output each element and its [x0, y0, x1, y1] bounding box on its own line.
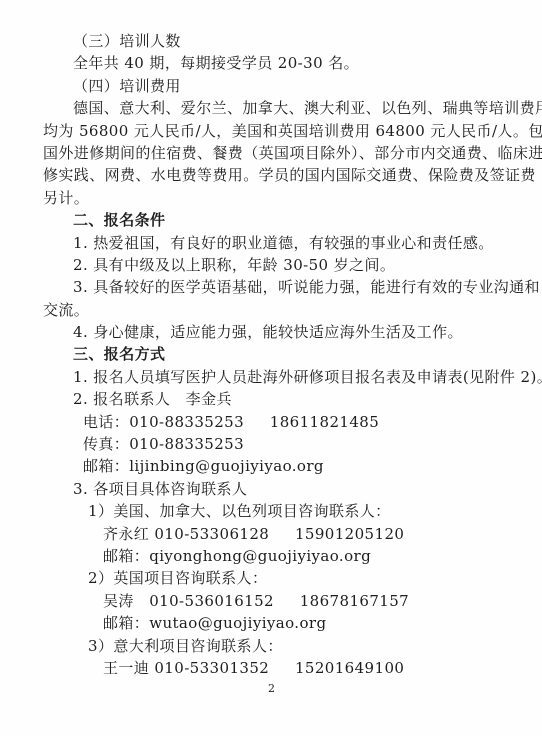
project-contact-2-person: 吴涛 010-536016152 18678167157 [43, 590, 500, 612]
project-contact-1-email: 邮箱：qiyonghong@guojiyiyao.org [43, 545, 500, 567]
project-contact-3-person: 王一迪 010-53301352 15201649100 [43, 657, 500, 679]
registration-contact-phone: 电话：010-88335253 18611821485 [43, 411, 500, 433]
conditions-item-1: 1. 热爱祖国，有良好的职业道德，有较强的事业心和责任感。 [43, 232, 500, 254]
conditions-item-3-line-1: 3. 具备较好的医学英语基础，听说能力强，能进行有效的专业沟通和 [43, 276, 500, 298]
training-fee-line-3: 国外进修期间的住宿费、餐费（英国项目除外）、部分市内交通费、临床进 [43, 142, 500, 164]
training-fee-line-1: 德国、意大利、爱尔兰、加拿大、澳大利亚、以色列、瑞典等培训费用 [43, 97, 500, 119]
project-contact-1-title: 1）美国、加拿大、以色列项目咨询联系人： [43, 500, 500, 522]
project-contact-3-title: 3）意大利项目咨询联系人： [43, 635, 500, 657]
registration-item-1: 1. 报名人员填写医护人员赴海外研修项目报名表及申请表(见附件 2)。 [43, 366, 500, 388]
conditions-item-4: 4. 身心健康，适应能力强，能较快适应海外生活及工作。 [43, 321, 500, 343]
heading-registration: 三、报名方式 [43, 343, 500, 365]
project-contact-2-title: 2）英国项目咨询联系人： [43, 567, 500, 589]
conditions-item-2: 2. 具有中级及以上职称，年龄 30-50 岁之间。 [43, 254, 500, 276]
training-fee-line-2: 均为 56800 元人民币/人，美国和英国培训费用 64800 元人民币/人。包… [43, 120, 500, 142]
training-fee-line-4: 修实践、网费、水电费等费用。学员的国内国际交通费、保险费及签证费 [43, 164, 500, 186]
registration-item-2: 2. 报名联系人 李金兵 [43, 388, 500, 410]
conditions-item-3-line-2: 交流。 [43, 299, 500, 321]
heading-training-participants: （三）培训人数 [43, 30, 500, 52]
registration-contact-fax: 传真：010-88335253 [43, 433, 500, 455]
page-number: 2 [43, 682, 500, 696]
registration-contact-email: 邮箱：lijinbing@guojiyiyao.org [43, 455, 500, 477]
heading-conditions: 二、报名条件 [43, 209, 500, 231]
training-fee-line-5: 另计。 [43, 187, 500, 209]
project-contact-2-email: 邮箱：wutao@guojiyiyao.org [43, 612, 500, 634]
training-participants-text: 全年共 40 期，每期接受学员 20-30 名。 [43, 52, 500, 74]
project-contact-1-person: 齐永红 010-53306128 15901205120 [43, 523, 500, 545]
document-page: （三）培训人数 全年共 40 期，每期接受学员 20-30 名。 （四）培训费用… [0, 0, 542, 736]
heading-training-fee: （四）培训费用 [43, 75, 500, 97]
registration-item-3: 3. 各项目具体咨询联系人 [43, 478, 500, 500]
